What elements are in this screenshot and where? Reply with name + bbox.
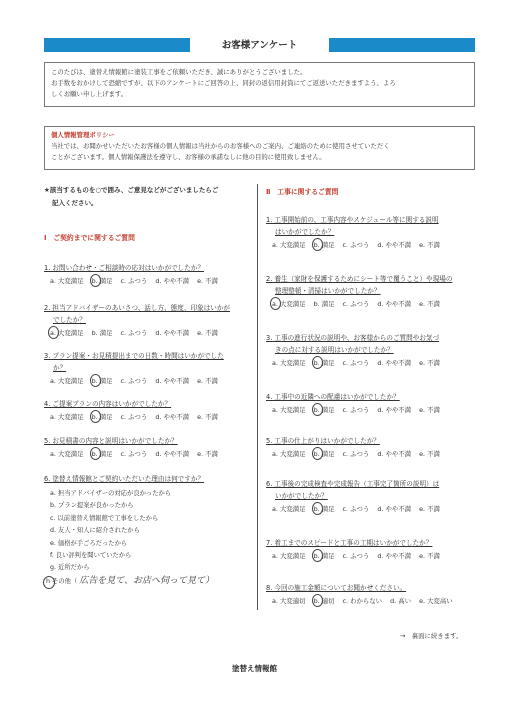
instruction-line: ★該当するものを○で囲み、ご意見などがございましたらご <box>44 186 218 194</box>
header-accent-bar-left <box>44 38 190 52</box>
header-accent-bar-right <box>329 38 475 52</box>
option-a[interactable]: a. 大変適切 <box>272 595 306 607</box>
option-e[interactable]: e. 不満 <box>197 275 218 287</box>
option-c[interactable]: c. ふつう <box>121 448 148 460</box>
option-a[interactable]: a. 大変満足 <box>50 375 84 387</box>
policy-line: 当社では、お聞かせいただいたお客様の個人情報は当社からのお客様へのご案内、ご連絡… <box>51 141 468 152</box>
option-e[interactable]: e. 不満 <box>197 375 218 387</box>
option-d[interactable]: d. やや不満 <box>377 239 411 251</box>
option-b-selected[interactable]: b. 適切 <box>314 595 335 607</box>
option-b[interactable]: b. 満足 <box>314 298 335 310</box>
option-d[interactable]: d. やや不満 <box>377 357 411 369</box>
question-w4: 4. 工事中の近隣への配慮はいかがでしたか？ a. 大変満足 b. 満足 c. … <box>266 391 480 416</box>
circled-letter-h: h <box>46 578 50 585</box>
answer-options: a. 大変満足 b. 満足 c. ふつう d. やや不満 e. 不満 <box>44 275 252 287</box>
question-text: 4. ご提案プランの内容はいかがでしたか？ <box>44 400 171 408</box>
question-text: 6. 塗替え情報館とご契約いただいた理由は何ですか？ <box>44 475 204 483</box>
question-c1: 1. お問い合わせ・ご相談時の応対はいかがでしたか？ a. 大変満足 b. 満足… <box>44 262 252 287</box>
option-b-selected[interactable]: b. 満足 <box>92 448 113 460</box>
option-b[interactable]: b. 満足 <box>92 327 113 339</box>
option-e[interactable]: e. 不満 <box>419 503 440 515</box>
option-c[interactable]: c. ふつう <box>343 503 370 515</box>
question-text-cont: でしたか？ <box>53 316 86 324</box>
option-c[interactable]: c. ふつう <box>121 327 148 339</box>
option-d[interactable]: d. やや不満 <box>377 298 411 310</box>
option-d[interactable]: d. やや不満 <box>377 503 411 515</box>
question-w5: 5. 工事の仕上がりはいかがでしたか？ a. 大変満足 b. 満足 c. ふつう… <box>266 435 480 460</box>
reason-item-h-selected[interactable]: h その他（広告を見て、お店へ伺って見て） <box>44 575 252 588</box>
reason-item-e[interactable]: e. 価格が手ごろだったから <box>44 538 252 550</box>
answer-options: a. 大変満足 b. 満足 c. ふつう d. やや不満 e. 不満 <box>44 448 252 460</box>
question-text: 4. 工事中の近隣への配慮はいかがでしたか？ <box>266 393 400 401</box>
option-c[interactable]: c. ふつう <box>343 550 370 562</box>
reason-item-a[interactable]: a. 担当アドバイザーの対応が良かったから <box>44 488 252 500</box>
option-c[interactable]: c. わからない <box>343 595 383 607</box>
question-text: 1. お問い合わせ・ご相談時の応対はいかがでしたか？ <box>44 264 204 272</box>
question-text-cont: きの点に対する説明はいかがでしたか？ <box>275 346 394 354</box>
option-e[interactable]: e. 不満 <box>197 448 218 460</box>
option-c[interactable]: c. ふつう <box>343 448 370 460</box>
question-text: 1. 工事開始前の、工事内容やスケジュール等に関する説明 <box>266 216 439 224</box>
option-a[interactable]: a. 大変満足 <box>272 239 306 251</box>
reason-item-f[interactable]: f. 良い評判を聞いていたから <box>44 550 252 562</box>
section-contract-column: ★該当するものを○で囲み、ご意見などがございましたらご 記入ください。 Ⅰ ご契… <box>44 184 252 614</box>
option-d[interactable]: d. やや不満 <box>155 275 189 287</box>
reason-item-b[interactable]: b. プラン提案が良かったから <box>44 500 252 512</box>
option-c[interactable]: c. ふつう <box>343 239 370 251</box>
option-c[interactable]: c. ふつう <box>121 275 148 287</box>
option-a[interactable]: a. 大変満足 <box>50 411 84 423</box>
answer-options: a. 大変満足 b. 満足 c. ふつう d. やや不満 e. 不満 <box>266 503 480 515</box>
reason-item-d[interactable]: d. 友人・知人に紹介されたから <box>44 525 252 537</box>
other-label: その他（ <box>52 578 77 585</box>
question-c5: 5. お見積書の内容と説明はいかがでしたか？ a. 大変満足 b. 満足 c. … <box>44 435 252 460</box>
footer-company-name: 塗替え情報館 <box>0 663 509 674</box>
option-a[interactable]: a. 大変満足 <box>50 448 84 460</box>
option-e[interactable]: e. 不満 <box>419 404 440 416</box>
answer-options: a. 大変満足 b. 満足 c. ふつう d. やや不満 e. 不満 <box>44 327 252 339</box>
reason-item-c[interactable]: c. 以前塗替え情報館で工事をしたから <box>44 513 252 525</box>
option-e[interactable]: e. 不満 <box>419 298 440 310</box>
option-b-selected[interactable]: b. 満足 <box>314 503 335 515</box>
question-c2: 2. 担当アドバイザーのあいさつ、話し方、態度、印象はいかが でしたか？ a. … <box>44 302 252 339</box>
question-text-cont: か？ <box>53 364 66 372</box>
intro-line: お手数をおかけして恐縮ですが、以下のアンケートにご回答の上、同封の返信用封筒にて… <box>51 78 468 89</box>
handwritten-answer[interactable]: 広告を見て、お店へ伺って見て） <box>79 576 214 586</box>
option-d[interactable]: d. 高い <box>390 595 411 607</box>
option-a[interactable]: a. 大変満足 <box>50 275 84 287</box>
question-c4: 4. ご提案プランの内容はいかがでしたか？ a. 大変満足 b. 満足 c. ふ… <box>44 398 252 423</box>
question-text: 3. 工事の進行状況の説明や、お客様からのご質問やお気づ <box>266 334 439 342</box>
question-text-cont: はいかがでしたか？ <box>275 228 334 236</box>
answer-options: a. 大変適切 b. 適切 c. わからない d. 高い e. 大変高い <box>266 595 480 607</box>
option-e[interactable]: e. 不満 <box>419 239 440 251</box>
option-b-selected[interactable]: b. 満足 <box>314 357 335 369</box>
question-text: 8. 今回の施工金額についてお聞かせください。 <box>266 584 406 592</box>
option-b-selected[interactable]: b. 満足 <box>314 550 335 562</box>
question-text: 5. 工事の仕上がりはいかがでしたか？ <box>266 437 380 445</box>
question-text: 2. 養生（家財を保護するためにシート等で覆うこと）や現場の <box>266 275 452 283</box>
option-b-selected[interactable]: b. 満足 <box>314 448 335 460</box>
section-title-contract: Ⅰ ご契約までに関するご質問 <box>44 232 135 242</box>
answer-options: a. 大変満足 b. 満足 c. ふつう d. やや不満 e. 不満 <box>266 550 480 562</box>
question-text: 5. お見積書の内容と説明はいかがでしたか？ <box>44 437 178 445</box>
option-c[interactable]: c. ふつう <box>343 404 370 416</box>
option-d[interactable]: d. やや不満 <box>155 448 189 460</box>
question-text: 6. 工事後の完成検査や完成報告（工事完了箇所の説明）は <box>266 480 439 488</box>
instruction: ★該当するものを○で囲み、ご意見などがございましたらご 記入ください。 <box>44 184 218 210</box>
option-b-selected[interactable]: b. 満足 <box>92 411 113 423</box>
question-w8: 8. 今回の施工金額についてお聞かせください。 a. 大変適切 b. 適切 c.… <box>266 582 480 607</box>
question-text-cont: いかがでしたか？ <box>275 492 328 500</box>
option-e[interactable]: e. 不満 <box>419 550 440 562</box>
question-text-cont: 整理整頓・清掃はいかがでしたか？ <box>275 287 381 295</box>
answer-options: a. 大変満足 b. 満足 c. ふつう d. やや不満 e. 不満 <box>266 448 480 460</box>
reason-item-g[interactable]: g. 近所だから <box>44 562 252 574</box>
policy-line: ことがございます。個人情報保護法を遵守し、お客様の承諾なしに他の目的に使用致しま… <box>51 152 468 163</box>
intro-box: このたびは、塗替え情報館に塗装工事をご依頼いただき、誠にありがとうございました。… <box>44 62 475 107</box>
option-e[interactable]: e. 不満 <box>419 357 440 369</box>
question-w2: 2. 養生（家財を保護するためにシート等で覆うこと）や現場の 整理整頓・清掃はい… <box>266 273 480 310</box>
question-w1: 1. 工事開始前の、工事内容やスケジュール等に関する説明 はいかがでしたか？ a… <box>266 214 480 251</box>
answer-options: a. 大変満足 b. 満足 c. ふつう d. やや不満 e. 不満 <box>44 375 252 387</box>
question-text: 7. 着工までのスピードと工事の工期はいかがでしたか？ <box>266 539 432 547</box>
intro-line: しくお願い申し上げます。 <box>51 89 468 100</box>
option-a[interactable]: a. 大変満足 <box>272 503 306 515</box>
question-c6: 6. 塗替え情報館とご契約いただいた理由は何ですか？ a. 担当アドバイザーの対… <box>44 473 252 588</box>
option-b-selected[interactable]: b. 満足 <box>92 275 113 287</box>
option-d[interactable]: d. やや不満 <box>155 375 189 387</box>
option-d[interactable]: d. やや不満 <box>155 411 189 423</box>
option-c[interactable]: c. ふつう <box>343 298 370 310</box>
option-a[interactable]: a. 大変満足 <box>272 550 306 562</box>
answer-options: a. 大変満足 b. 満足 c. ふつう d. やや不満 e. 不満 <box>44 411 252 423</box>
question-w7: 7. 着工までのスピードと工事の工期はいかがでしたか？ a. 大変満足 b. 満… <box>266 537 480 562</box>
answer-options: a. 大変満足 b. 満足 c. ふつう d. やや不満 e. 不満 <box>266 357 480 369</box>
option-e[interactable]: e. 不満 <box>197 411 218 423</box>
option-c[interactable]: c. ふつう <box>343 357 370 369</box>
answer-options: a. 大変満足 b. 満足 c. ふつう d. やや不満 e. 不満 <box>266 239 480 251</box>
option-a[interactable]: a. 大変満足 <box>272 357 306 369</box>
question-w6: 6. 工事後の完成検査や完成報告（工事完了箇所の説明）は いかがでしたか？ a.… <box>266 478 480 515</box>
option-d[interactable]: d. やや不満 <box>155 327 189 339</box>
option-e[interactable]: e. 不満 <box>419 448 440 460</box>
option-a-selected[interactable]: a. 大変満足 <box>50 327 84 339</box>
option-a[interactable]: a. 大変満足 <box>272 448 306 460</box>
section-construction-column: Ⅱ 工事に関するご質問 1. 工事開始前の、工事内容やスケジュール等に関する説明… <box>266 184 480 624</box>
option-a[interactable]: a. 大変満足 <box>272 404 306 416</box>
option-d[interactable]: d. やや不満 <box>377 550 411 562</box>
option-a-selected[interactable]: a. 大変満足 <box>272 298 306 310</box>
option-d[interactable]: d. やや不満 <box>377 448 411 460</box>
page-title: お客様アンケート <box>190 37 329 51</box>
option-e[interactable]: e. 大変高い <box>419 595 453 607</box>
policy-title: 個人情報管理ポリシー <box>51 130 468 141</box>
option-b-selected[interactable]: b. 満足 <box>314 404 335 416</box>
question-text: 2. 担当アドバイザーのあいさつ、話し方、態度、印象はいかが <box>44 304 230 312</box>
option-b-selected[interactable]: b. 満足 <box>92 375 113 387</box>
option-b-selected[interactable]: b. 満足 <box>314 239 335 251</box>
survey-header: お客様アンケート <box>44 36 475 52</box>
option-c[interactable]: c. ふつう <box>121 375 148 387</box>
privacy-policy-box: 個人情報管理ポリシー 当社では、お聞かせいただいたお客様の個人情報は当社からのお… <box>44 126 475 170</box>
question-text: 3. プラン提案・お見積提出までの日数・時間はいかがでした <box>44 352 224 360</box>
instruction-line: 記入ください。 <box>44 197 218 210</box>
option-c[interactable]: c. ふつう <box>121 411 148 423</box>
option-e[interactable]: e. 不満 <box>197 327 218 339</box>
column-divider <box>257 184 258 610</box>
question-w3: 3. 工事の進行状況の説明や、お客様からのご質問やお気づ きの点に対する説明はい… <box>266 332 480 369</box>
intro-line: このたびは、塗替え情報館に塗装工事をご依頼いただき、誠にありがとうございました。 <box>51 67 468 78</box>
question-c3: 3. プラン提案・お見積提出までの日数・時間はいかがでした か？ a. 大変満足… <box>44 350 252 387</box>
answer-options: a. 大変満足 b. 満足 c. ふつう d. やや不満 e. 不満 <box>266 298 480 310</box>
section-title-construction: Ⅱ 工事に関するご質問 <box>266 186 338 196</box>
answer-options: a. 大変満足 b. 満足 c. ふつう d. やや不満 e. 不満 <box>266 404 480 416</box>
continue-note: → 裏面に続きます。 <box>400 631 462 640</box>
option-d[interactable]: d. やや不満 <box>377 404 411 416</box>
